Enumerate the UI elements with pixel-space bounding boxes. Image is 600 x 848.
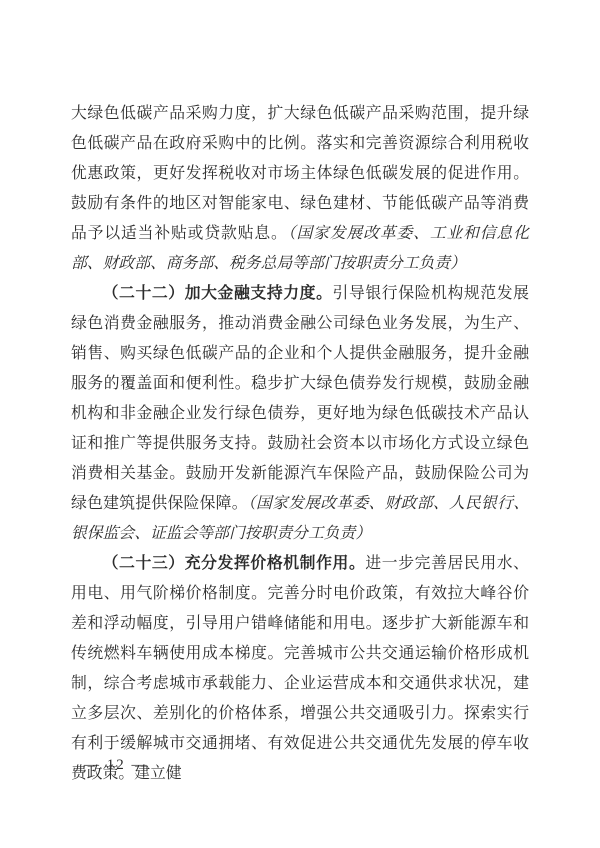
paragraph: 大绿色低碳产品采购力度，扩大绿色低碳产品采购范围，提升绿色低碳产品在政府采购中的… xyxy=(71,99,529,279)
document-body: 大绿色低碳产品采购力度，扩大绿色低碳产品采购范围，提升绿色低碳产品在政府采购中的… xyxy=(71,99,529,789)
text-run: 进一步完善居民用水、用电、用气阶梯价格制度。完善分时电价政策，有效拉大峰谷价差和… xyxy=(71,555,529,782)
document-page: 大绿色低碳产品采购力度，扩大绿色低碳产品采购范围，提升绿色低碳产品在政府采购中的… xyxy=(0,0,600,848)
paragraph: （二十三）充分发挥价格机制作用。进一步完善居民用水、用电、用气阶梯价格制度。完善… xyxy=(71,549,529,789)
text-run: 大绿色低碳产品采购力度，扩大绿色低碳产品采购范围，提升绿色低碳产品在政府采购中的… xyxy=(71,105,529,242)
text-run: 引导银行保险机构规范发展绿色消费金融服务，推动消费金融公司绿色业务发展，为生产、… xyxy=(71,285,529,512)
section-heading: （二十二）加大金融支持力度。 xyxy=(103,285,333,302)
section-heading: （二十三）充分发挥价格机制作用。 xyxy=(103,555,366,572)
paragraph: （二十二）加大金融支持力度。引导银行保险机构规范发展绿色消费金融服务，推动消费金… xyxy=(71,279,529,549)
footer-page-number: — 12 — xyxy=(84,755,149,775)
